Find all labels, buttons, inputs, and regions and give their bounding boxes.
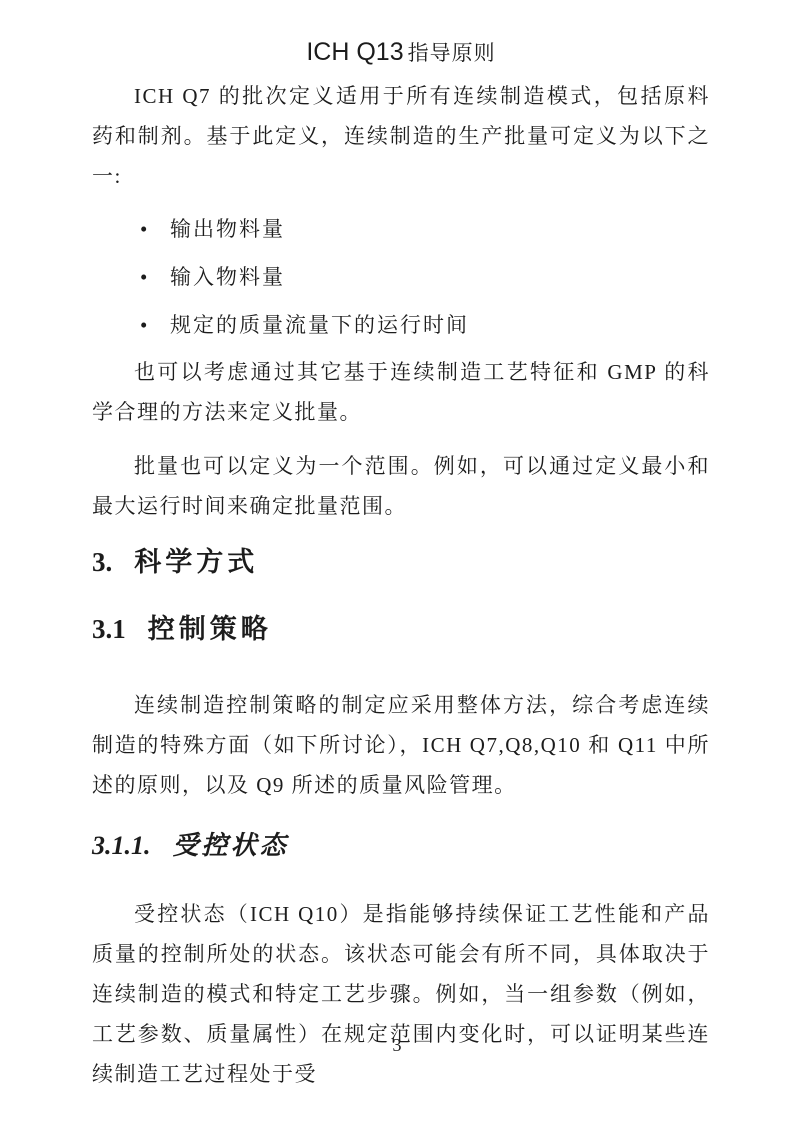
section-heading-control-strategy: 3.1控制策略 (92, 609, 710, 649)
heading-text: 受控状态 (173, 831, 289, 860)
bullet-item-run-time: • 规定的质量流量下的运行时间 (92, 305, 710, 345)
paragraph-state-of-control: 受控状态（ICH Q10）是指能够持续保证工艺性能和产品质量的控制所处的状态。该… (92, 894, 710, 1094)
page-header-title: ICH Q13 指导原则 (92, 39, 710, 69)
heading-number: 3.1.1. (92, 831, 151, 860)
paragraph-control-strategy: 连续制造控制策略的制定应采用整体方法，综合考虑连续制造的特殊方面（如下所讨论），… (92, 685, 710, 805)
bullet-icon: • (140, 305, 147, 345)
paragraph-gmp-approach: 也可以考虑通过其它基于连续制造工艺特征和 GMP 的科学合理的方法来定义批量。 (92, 352, 710, 432)
page-number: 3 (0, 1034, 794, 1056)
title-latin: ICH Q13 (306, 38, 403, 66)
bullet-list: • 输出物料量 • 输入物料量 • 规定的质量流量下的运行时间 (92, 209, 710, 345)
section-heading-science: 3.科学方式 (92, 542, 710, 582)
heading-number: 3. (92, 547, 112, 577)
bullet-icon: • (140, 209, 147, 249)
bullet-item-label: 输出物料量 (170, 217, 285, 241)
bullet-item-label: 规定的质量流量下的运行时间 (170, 313, 469, 337)
bullet-item-label: 输入物料量 (170, 265, 285, 289)
heading-text: 科学方式 (134, 547, 258, 577)
bullet-icon: • (140, 257, 147, 297)
bullet-item-input-material: • 输入物料量 (92, 257, 710, 297)
heading-number: 3.1 (92, 614, 126, 644)
section-heading-state-of-control: 3.1.1.受控状态 (92, 826, 710, 866)
bullet-item-output-material: • 输出物料量 (92, 209, 710, 249)
heading-text: 控制策略 (148, 614, 272, 644)
paragraph-batch-definition: ICH Q7 的批次定义适用于所有连续制造模式，包括原料药和制剂。基于此定义，连… (92, 76, 710, 196)
title-cjk: 指导原则 (408, 41, 496, 65)
document-page: ICH Q13 指导原则 ICH Q7 的批次定义适用于所有连续制造模式，包括原… (0, 0, 794, 1123)
paragraph-batch-range: 批量也可以定义为一个范围。例如，可以通过定义最小和最大运行时间来确定批量范围。 (92, 446, 710, 526)
